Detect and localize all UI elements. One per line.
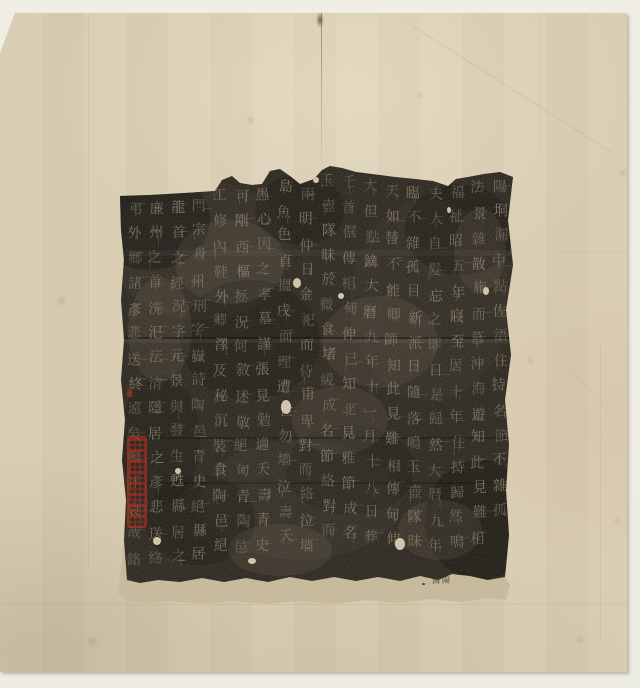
svg-text:節: 節 — [494, 429, 508, 445]
svg-text:名: 名 — [320, 424, 334, 440]
blemish — [248, 558, 256, 564]
blemish — [338, 293, 344, 299]
svg-text:州: 州 — [149, 225, 163, 241]
svg-text:裝: 裝 — [213, 438, 227, 455]
svg-text:沉: 沉 — [214, 413, 228, 429]
svg-text:居: 居 — [171, 525, 185, 541]
svg-text:夭: 夭 — [279, 528, 293, 544]
svg-text:點: 點 — [366, 230, 380, 246]
svg-text:夫: 夫 — [429, 187, 443, 203]
svg-text:孤: 孤 — [406, 260, 420, 276]
svg-text:壽: 壽 — [279, 504, 293, 521]
blemish — [447, 207, 451, 213]
svg-text:日: 日 — [365, 504, 379, 520]
svg-text:相: 相 — [387, 458, 401, 475]
svg-text:知: 知 — [342, 376, 356, 392]
svg-text:兩: 兩 — [301, 188, 315, 204]
svg-text:如: 如 — [386, 209, 400, 225]
svg-text:日: 日 — [301, 262, 315, 278]
svg-text:祀: 祀 — [301, 313, 315, 329]
svg-text:夭: 夭 — [256, 462, 270, 478]
svg-text:絕: 絕 — [191, 499, 205, 515]
svg-text:縣: 縣 — [193, 523, 208, 539]
svg-text:微: 微 — [320, 297, 334, 314]
svg-text:龍: 龍 — [171, 200, 185, 216]
svg-text:節: 節 — [320, 449, 334, 465]
svg-text:金: 金 — [299, 287, 313, 303]
svg-text:見: 見 — [386, 406, 400, 422]
svg-text:因: 因 — [257, 237, 271, 253]
svg-text:絡: 絡 — [300, 487, 314, 503]
svg-text:景: 景 — [473, 207, 487, 223]
svg-text:卿: 卿 — [213, 313, 227, 329]
svg-text:史: 史 — [255, 538, 269, 554]
svg-text:理: 理 — [277, 355, 291, 371]
svg-text:陶: 陶 — [212, 488, 226, 504]
svg-text:年: 年 — [449, 408, 463, 425]
svg-text:秘: 秘 — [214, 389, 229, 405]
svg-text:對: 對 — [298, 438, 312, 455]
svg-text:之: 之 — [171, 251, 185, 267]
svg-text:遠: 遠 — [127, 400, 141, 417]
svg-text:張: 張 — [255, 362, 269, 378]
blemish — [153, 537, 161, 545]
svg-text:洸: 洸 — [148, 300, 162, 317]
svg-text:景: 景 — [170, 373, 184, 389]
rubbing-texture: 陽垌漏中點佐浯住持名節不雜孤法景雜散施而慕沖海遊知此見難相福祉昭五年寢至居十年住… — [90, 160, 535, 610]
svg-text:之: 之 — [428, 312, 442, 328]
svg-text:大: 大 — [364, 178, 378, 195]
svg-text:拯: 拯 — [234, 288, 248, 305]
svg-text:然: 然 — [449, 509, 464, 525]
svg-text:縣: 縣 — [171, 499, 186, 515]
svg-text:沄: 沄 — [149, 349, 163, 365]
svg-text:沖: 沖 — [470, 357, 484, 373]
svg-text:食: 食 — [213, 463, 227, 479]
svg-text:絡: 絡 — [321, 474, 335, 490]
svg-text:九: 九 — [429, 514, 443, 530]
blemish — [395, 538, 405, 550]
svg-text:勉: 勉 — [257, 413, 271, 429]
svg-text:隊: 隊 — [407, 509, 421, 526]
blemish — [293, 278, 301, 288]
svg-text:住: 住 — [494, 354, 508, 370]
svg-text:甦: 甦 — [170, 474, 184, 490]
svg-text:知: 知 — [471, 430, 485, 446]
svg-text:適: 適 — [256, 437, 270, 453]
svg-text:邑: 邑 — [193, 424, 207, 440]
svg-text:愚: 愚 — [256, 188, 270, 204]
svg-text:但: 但 — [364, 205, 378, 221]
svg-text:外: 外 — [128, 226, 143, 242]
svg-text:年: 年 — [365, 354, 379, 371]
svg-text:魚: 魚 — [277, 205, 292, 221]
svg-text:派: 派 — [408, 336, 422, 352]
svg-text:名: 名 — [343, 526, 357, 542]
svg-text:雜: 雜 — [406, 236, 420, 252]
svg-text:成: 成 — [343, 501, 357, 518]
svg-text:相: 相 — [471, 531, 485, 548]
svg-text:持: 持 — [451, 459, 465, 476]
svg-text:居: 居 — [148, 426, 162, 442]
svg-text:大: 大 — [365, 278, 379, 295]
svg-text:持: 持 — [492, 377, 506, 394]
svg-text:之: 之 — [148, 250, 162, 266]
svg-text:弔: 弔 — [129, 203, 143, 219]
svg-text:絕: 絕 — [214, 538, 228, 554]
seal-fragment — [127, 390, 132, 397]
svg-text:悲: 悲 — [127, 324, 142, 341]
svg-text:難: 難 — [385, 431, 399, 448]
svg-text:而: 而 — [279, 329, 293, 345]
svg-text:彥: 彥 — [149, 475, 163, 491]
svg-text:墻: 墻 — [300, 538, 314, 554]
svg-text:而: 而 — [300, 338, 314, 354]
svg-text:雜: 雜 — [472, 232, 486, 248]
svg-text:搵: 搵 — [278, 278, 292, 295]
svg-text:甸: 甸 — [386, 507, 400, 523]
svg-text:侍: 侍 — [299, 363, 313, 380]
svg-text:陽: 陽 — [493, 180, 507, 196]
svg-text:廉: 廉 — [150, 201, 164, 218]
svg-text:清: 清 — [148, 377, 162, 393]
svg-text:外: 外 — [215, 290, 230, 306]
svg-text:卑: 卑 — [300, 414, 314, 430]
svg-text:泣: 泣 — [277, 480, 291, 496]
svg-text:中: 中 — [492, 253, 506, 270]
svg-text:詩: 詩 — [192, 371, 206, 388]
collection-mark: 海陽 — [432, 574, 453, 586]
scan-canvas: 陽垌漏中點佐浯住持名節不雜孤法景雜散施而慕沖海遊知此見難相福祉昭五年寢至居十年住… — [0, 0, 640, 688]
svg-text:食: 食 — [320, 322, 334, 338]
svg-text:歸: 歸 — [429, 412, 443, 428]
svg-text:勿: 勿 — [278, 429, 292, 445]
svg-text:之: 之 — [256, 261, 270, 277]
svg-text:名: 名 — [493, 404, 507, 420]
svg-text:壺: 壺 — [322, 199, 336, 215]
svg-text:甸: 甸 — [344, 301, 358, 317]
svg-text:散: 散 — [472, 256, 486, 273]
svg-text:見: 見 — [256, 388, 270, 404]
svg-text:對: 對 — [322, 498, 336, 515]
svg-text:昧: 昧 — [408, 533, 422, 550]
svg-text:仲: 仲 — [300, 238, 314, 254]
stone-rubbing: 陽垌漏中點佐浯住持名節不雜孤法景雜散施而慕沖海遊知此見難相福祉昭五年寢至居十年住… — [0, 0, 640, 688]
svg-text:剛: 剛 — [235, 213, 249, 230]
svg-text:鄉: 鄉 — [128, 251, 142, 267]
svg-text:年: 年 — [451, 284, 465, 301]
svg-text:門: 門 — [192, 199, 206, 215]
svg-text:日: 日 — [429, 363, 443, 379]
svg-text:海: 海 — [472, 381, 486, 397]
svg-text:遊: 遊 — [472, 407, 486, 423]
svg-text:至: 至 — [451, 334, 465, 350]
svg-text:諸: 諸 — [128, 275, 142, 292]
svg-text:戌: 戌 — [277, 303, 291, 320]
svg-text:舟: 舟 — [193, 247, 207, 263]
svg-text:不: 不 — [386, 257, 400, 273]
svg-text:八: 八 — [365, 481, 379, 497]
svg-text:傳: 傳 — [386, 481, 400, 498]
svg-text:內: 內 — [213, 240, 227, 256]
svg-text:佐: 佐 — [493, 304, 507, 320]
svg-text:浯: 浯 — [494, 328, 508, 344]
svg-text:葬: 葬 — [364, 528, 378, 545]
svg-text:青: 青 — [192, 448, 206, 465]
svg-text:史: 史 — [193, 474, 207, 490]
svg-text:可: 可 — [236, 189, 250, 205]
svg-text:歸: 歸 — [450, 485, 464, 501]
svg-text:於: 於 — [322, 272, 336, 288]
svg-text:鏑: 鏑 — [364, 255, 378, 271]
svg-text:不: 不 — [492, 452, 506, 468]
blemish — [281, 400, 291, 414]
svg-text:首: 首 — [172, 225, 186, 241]
svg-text:況: 況 — [235, 316, 249, 332]
svg-text:況: 況 — [172, 299, 186, 315]
svg-text:心: 心 — [257, 212, 272, 228]
svg-text:臨: 臨 — [406, 185, 420, 201]
svg-text:墓: 墓 — [258, 311, 272, 328]
svg-text:隨: 隨 — [407, 385, 421, 401]
blemish — [483, 287, 489, 295]
svg-text:何: 何 — [234, 339, 248, 355]
svg-text:西: 西 — [235, 240, 249, 256]
collection-mark-dot — [422, 583, 425, 585]
svg-text:汜: 汜 — [148, 326, 162, 342]
svg-text:福: 福 — [451, 185, 465, 201]
svg-text:大: 大 — [427, 463, 441, 480]
svg-text:字: 字 — [172, 324, 186, 340]
svg-text:曆: 曆 — [363, 305, 377, 321]
svg-text:與: 與 — [170, 399, 185, 416]
svg-text:即: 即 — [428, 337, 442, 353]
svg-text:鳴: 鳴 — [450, 535, 464, 551]
svg-text:島: 島 — [279, 178, 293, 195]
svg-text:而: 而 — [472, 307, 486, 323]
svg-text:然: 然 — [429, 438, 444, 454]
svg-text:首: 首 — [342, 200, 356, 216]
svg-text:住: 住 — [452, 436, 466, 452]
svg-text:此: 此 — [386, 381, 400, 397]
svg-text:青: 青 — [236, 489, 250, 506]
svg-text:北: 北 — [342, 402, 356, 418]
svg-text:隊: 隊 — [322, 222, 336, 239]
svg-text:見: 見 — [473, 480, 487, 496]
svg-text:送: 送 — [127, 353, 141, 369]
svg-text:之: 之 — [172, 548, 186, 564]
svg-text:隱: 隱 — [148, 400, 163, 416]
svg-text:十: 十 — [366, 454, 380, 470]
svg-text:銘: 銘 — [127, 553, 141, 569]
svg-text:絕: 絕 — [234, 438, 248, 454]
svg-text:能: 能 — [386, 283, 400, 300]
svg-text:嶽: 嶽 — [191, 348, 205, 365]
svg-text:陶: 陶 — [237, 514, 251, 530]
collector-seal-stamp — [127, 436, 147, 528]
svg-text:明: 明 — [299, 212, 313, 228]
blemish — [175, 468, 181, 474]
svg-text:貞: 貞 — [278, 253, 293, 270]
svg-text:此: 此 — [470, 455, 484, 471]
svg-text:邑: 邑 — [214, 514, 228, 530]
svg-text:千: 千 — [342, 175, 356, 191]
svg-text:月: 月 — [363, 429, 377, 445]
svg-text:垌: 垌 — [494, 202, 508, 219]
svg-text:宗: 宗 — [192, 222, 206, 238]
svg-text:生: 生 — [170, 448, 184, 465]
svg-text:五: 五 — [451, 259, 465, 275]
svg-text:十: 十 — [449, 385, 463, 401]
svg-text:字: 字 — [191, 322, 205, 338]
svg-text:一: 一 — [363, 405, 377, 421]
svg-text:居: 居 — [191, 547, 205, 563]
svg-text:難: 難 — [473, 504, 487, 521]
